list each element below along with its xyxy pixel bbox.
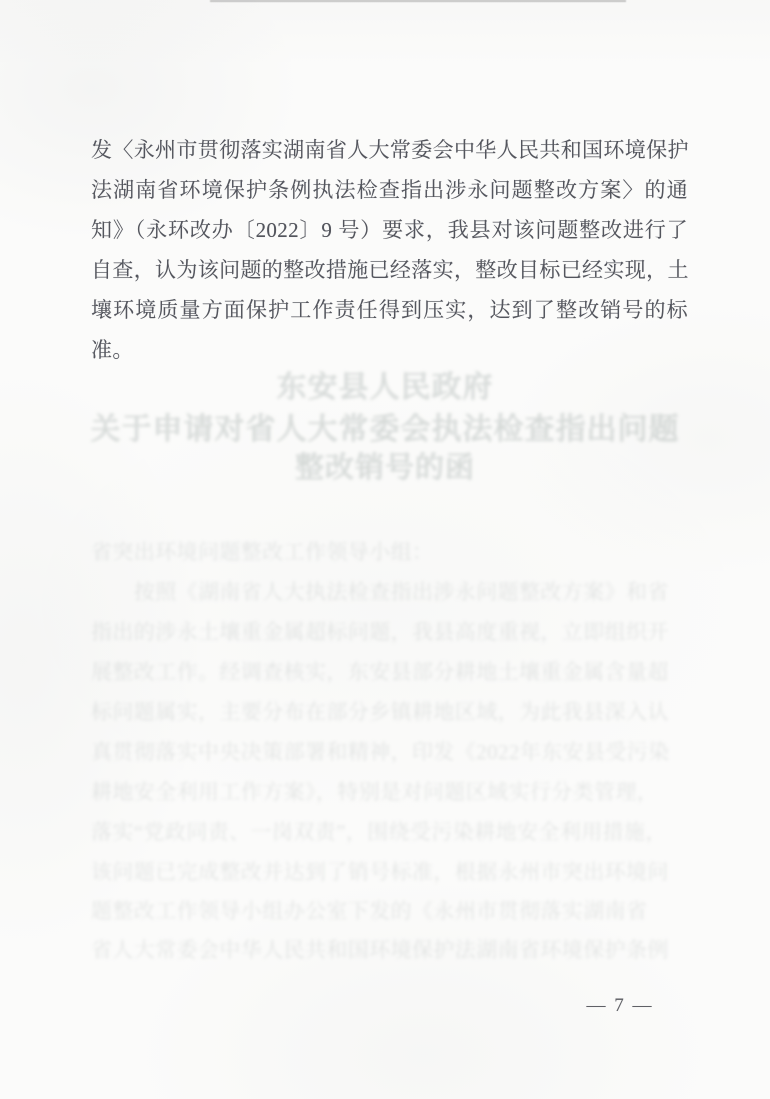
bleed-through-body-line: 按照《湖南省人大执法检查指出涉永问题整改方案》和省 [91, 580, 691, 604]
bleed-through-title-line: 东安县人民政府 [0, 371, 770, 405]
bleed-through-body-line: 耕地安全利用工作方案》，特别是对问题区域实行分类管理， [91, 780, 691, 804]
paragraph-line: 壤环境质量方面保护工作责任得到压实，达到了整改销号的标 [91, 290, 688, 330]
paragraph-line: 知》（永环改办〔2022〕9 号）要求，我县对该问题整改进行了 [91, 210, 688, 250]
bleed-through-body-line: 指出的涉永土壤重金属超标问题，我县高度重视，立即组织开 [91, 620, 691, 644]
bleed-through-body-line: 该问题已完成整改并达到了销号标准，根据永州市突出环境问 [91, 860, 691, 884]
bleed-through-title-line: 关于申请对省人大常委会执法检查指出问题 [0, 413, 770, 447]
bleed-through-body-line: 省人大常委会中华人民共和国环境保护法湖南省环境保护条例 [91, 938, 691, 962]
body-paragraph: 发〈永州市贯彻落实湖南省人大常委会中华人民共和国环境保护 法湖南省环境保护条例执… [91, 130, 688, 370]
bleed-through-title-line: 整改销号的函 [0, 451, 770, 485]
paragraph-line: 法湖南省环境保护条例执法检查指出涉永问题整改方案〉的通 [91, 170, 688, 210]
bleed-through-body-line: 真贯彻落实中央决策部署和精神，印发《2022年东安县受污染 [91, 740, 691, 764]
paragraph-line: 准。 [91, 330, 688, 370]
bleed-through-body-line: 落实“党政同责、一岗双责”，围绕受污染耕地安全利用措施， [91, 820, 691, 844]
bleed-through-body-line: 题整改工作领导小组办公室下发的《永州市贯彻落实湖南省 [91, 899, 691, 923]
scan-edge-artifact [210, 0, 626, 2]
paragraph-line: 发〈永州市贯彻落实湖南省人大常委会中华人民共和国环境保护 [91, 130, 688, 170]
bleed-through-body-line: 省突出环境问题整改工作领导小组： [91, 540, 691, 564]
scanned-document-page: 发〈永州市贯彻落实湖南省人大常委会中华人民共和国环境保护 法湖南省环境保护条例执… [0, 0, 770, 1099]
bleed-through-body-line: 展整改工作。经调查核实，东安县部分耕地土壤重金属含量超 [91, 660, 691, 684]
page-number: — 7 — [560, 995, 680, 1017]
bleed-through-body-line: 标问题属实，主要分布在部分乡镇耕地区域，为此我县深入认 [91, 700, 691, 724]
paragraph-line: 自查，认为该问题的整改措施已经落实，整改目标已经实现，土 [91, 250, 688, 290]
